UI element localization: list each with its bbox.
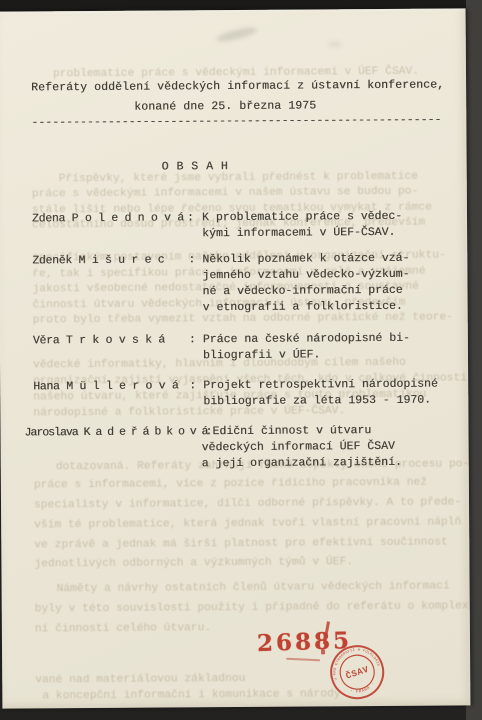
dashed-divider: ----------------------------------------… bbox=[31, 113, 441, 132]
bleedthrough-line: ve zprávě a jednak má širší platnost pro… bbox=[34, 536, 448, 554]
bleedthrough-line: byly v této souvislosti použity i případ… bbox=[35, 599, 471, 617]
bleedthrough-line: Náměty a návrhy ostatních členů útvaru v… bbox=[57, 579, 450, 597]
paper-title: Ediční činnost v útvaru vědeckých inform… bbox=[201, 422, 453, 472]
colon-separator: : bbox=[187, 210, 194, 226]
paper-title: K problematice práce s vědec- kými infor… bbox=[202, 208, 450, 242]
colon-separator: : bbox=[189, 378, 196, 394]
colon-separator: : bbox=[189, 332, 196, 348]
author-name: Jaroslava K a d e ř á b k o v á bbox=[24, 424, 207, 441]
paper-title: Práce na české národopisné bi- bliografi… bbox=[203, 330, 451, 364]
author-name: Věra T r k o v s k á bbox=[33, 332, 165, 349]
bleedthrough-line: práce s informacemi, více z pozice řídíc… bbox=[34, 476, 427, 494]
toc-heading: O B S A H bbox=[162, 159, 229, 175]
bleedthrough-line: vané nad materiálovou základnou bbox=[35, 672, 245, 688]
bleedthrough-line: vším té problematice, která jednak tvoří… bbox=[34, 515, 461, 533]
round-stamp-center-text: ČSAV bbox=[344, 664, 370, 682]
paper-title: Několik poznámek k otázce vzá- jemného v… bbox=[202, 250, 450, 316]
document-title-line1: Referáty oddělení vědeckých informací z … bbox=[31, 78, 444, 97]
scanned-document-page: problematice práce s vědeckými informace… bbox=[0, 8, 470, 708]
bleedthrough-line: ní činnosti celého útvaru. bbox=[35, 621, 211, 637]
paper-title: Projekt retrospektivní národopisné bibli… bbox=[203, 376, 453, 410]
bleedthrough-line: specialisty v informatice, dílčí odborné… bbox=[34, 495, 461, 513]
round-stamp-rim-bottom-text: · PRAHA · bbox=[348, 681, 378, 698]
colon-separator: : bbox=[188, 252, 195, 268]
bleedthrough-line: jednotlivých odborných a výzkumných týmů… bbox=[34, 555, 353, 572]
author-name: Zdeněk M i š u r e c bbox=[32, 252, 164, 269]
bleedthrough-line: Příspěvky, které jsme vybrali přednést k… bbox=[59, 170, 418, 188]
bleedthrough-line: práce s vědeckými informacemi v našem ús… bbox=[32, 185, 419, 203]
author-name: Zdena P o l e d n o v á bbox=[32, 210, 184, 227]
author-name: Hana M ü l l e r o v á bbox=[33, 378, 178, 395]
bleedthrough-line: a koncepční informační i komunikace s ná… bbox=[42, 687, 340, 704]
